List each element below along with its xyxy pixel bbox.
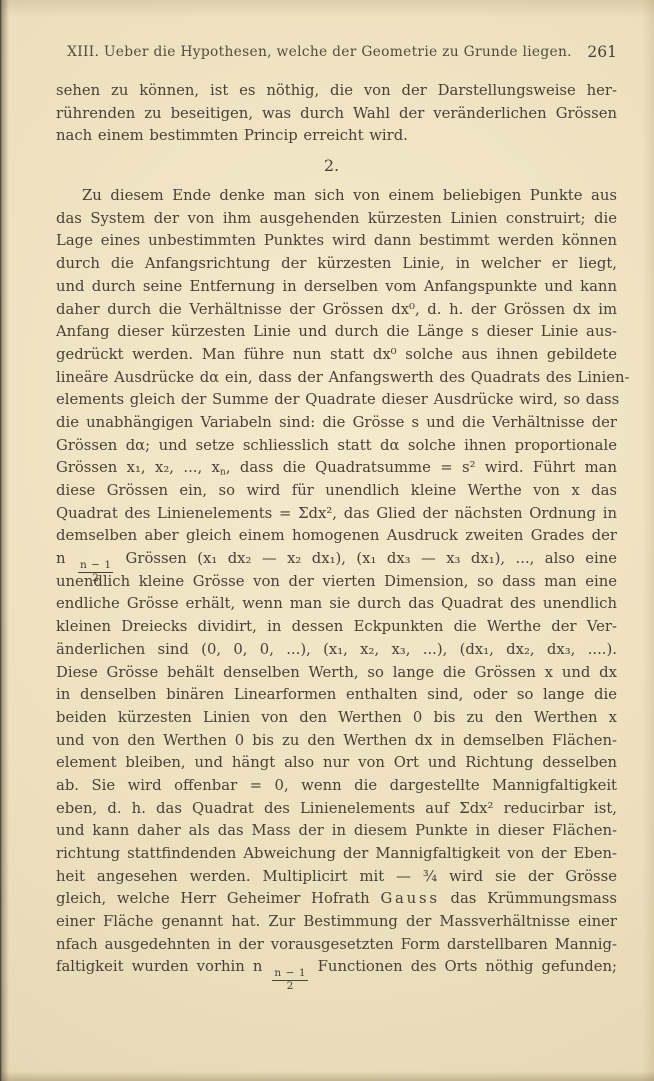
text-line: in denselben binären Linearformen enthal… <box>56 684 617 707</box>
text-line: nach einem bestimmten Princip erreicht w… <box>56 125 617 148</box>
book-page: XIII. Ueber die Hypothesen, welche der G… <box>0 0 654 1081</box>
fraction-denominator: 2 <box>90 573 101 585</box>
page-body: sehen zu können, ist es nöthig, die von … <box>56 80 617 979</box>
text-run: , dass die Quadratsumme = s² wird. Führt… <box>226 459 617 476</box>
text-line: änderlichen sind (0, 0, 0, ...), (x₁, x₂… <box>56 639 617 662</box>
section-heading: 2. <box>56 155 617 177</box>
text-line: und durch seine Entfernung in derselben … <box>56 276 617 299</box>
text-line: richtung stattfindenden Abweichung der M… <box>56 843 617 866</box>
text-line: ab. Sie wird offenbar = 0, wenn die darg… <box>56 775 617 798</box>
text-line: Grössen x₁, x₂, ..., xn, dass die Quadra… <box>56 457 617 480</box>
text-line: unendlich kleine Grösse von der vierten … <box>56 571 617 594</box>
text-line: sehen zu können, ist es nöthig, die von … <box>56 80 617 103</box>
paragraph-1: sehen zu können, ist es nöthig, die von … <box>56 80 617 148</box>
text-line: demselben aber gleich einem homogenen Au… <box>56 525 617 548</box>
text-line: Quadrat des Linienelements = Σdx², das G… <box>56 503 617 526</box>
text-line: gleich, welche Herr Geheimer Hofrath Gau… <box>56 888 617 911</box>
text-line: Lage eines unbestimmten Punktes wird dan… <box>56 230 617 253</box>
text-line: n n − 12 Grössen (x₁ dx₂ — x₂ dx₁), (x₁ … <box>56 548 617 571</box>
fraction-numerator: n − 1 <box>78 560 113 573</box>
text-line: durch die Anfangsrichtung der kürzesten … <box>56 253 617 276</box>
text-line: rührenden zu beseitigen, was durch Wahl … <box>56 103 617 126</box>
text-line: element bleiben, und hängt also nur von … <box>56 752 617 775</box>
text-run: Grössen (x₁ dx₂ — x₂ dx₁), (x₁ dx₃ — x₃ … <box>115 550 617 567</box>
text-line: die unabhängigen Variabeln sind: die Grö… <box>56 412 617 435</box>
text-line: Anfang dieser kürzesten Linie und durch … <box>56 321 617 344</box>
text-run: Gauss <box>380 890 439 907</box>
text-line: elements gleich der Summe der Quadrate d… <box>56 389 617 412</box>
fraction: n − 12 <box>272 968 307 993</box>
text-line: kleinen Dreiecks dividirt, in dessen Eck… <box>56 616 617 639</box>
text-line: und von den Werthen 0 bis zu den Werthen… <box>56 730 617 753</box>
text-line: und kann daher als das Mass der in diese… <box>56 820 617 843</box>
text-line: einer Fläche genannt hat. Zur Bestimmung… <box>56 911 617 934</box>
paragraph-2: Zu diesem Ende denke man sich von einem … <box>56 185 617 979</box>
text-run: Grössen x₁, x₂, ..., x <box>56 459 220 476</box>
text-line: diese Grössen ein, so wird für unendlich… <box>56 480 617 503</box>
text-run: n <box>56 550 76 567</box>
text-line: beiden kürzesten Linien von den Werthen … <box>56 707 617 730</box>
fraction: n − 12 <box>78 560 113 585</box>
text-line: eben, d. h. das Quadrat des Linienelemen… <box>56 798 617 821</box>
text-run: Functionen des Orts nöthig gefunden; <box>310 958 617 975</box>
text-line: Zu diesem Ende denke man sich von einem … <box>56 185 617 208</box>
text-line: daher durch die Verhältnisse der Grössen… <box>56 299 617 322</box>
running-header-title: XIII. Ueber die Hypothesen, welche der G… <box>56 44 617 60</box>
text-line: endliche Grösse erhält, wenn man sie dur… <box>56 593 617 616</box>
text-line: nfach ausgedehnten in der vorausgesetzte… <box>56 934 617 957</box>
text-run: das Krümmungsmass <box>440 890 617 907</box>
text-line: das System der von ihm ausgehenden kürze… <box>56 208 617 231</box>
text-line: gedrückt werden. Man führe nun statt dx⁰… <box>56 344 617 367</box>
text-line: heit angesehen werden. Multiplicirt mit … <box>56 866 617 889</box>
text-line: Diese Grösse behält denselben Werth, so … <box>56 662 617 685</box>
fraction-denominator: 2 <box>285 981 296 993</box>
text-line: Grössen dα; und setze schliesslich statt… <box>56 435 617 458</box>
running-header: XIII. Ueber die Hypothesen, welche der G… <box>56 44 617 60</box>
page-number: 261 <box>587 43 617 61</box>
text-line: lineäre Ausdrücke dα ein, dass der Anfan… <box>56 367 617 390</box>
text-run: gleich, welche Herr Geheimer Hofrath <box>56 890 380 907</box>
text-line: faltigkeit wurden vorhin n n − 12 Functi… <box>56 956 617 979</box>
text-run: faltigkeit wurden vorhin n <box>56 958 270 975</box>
